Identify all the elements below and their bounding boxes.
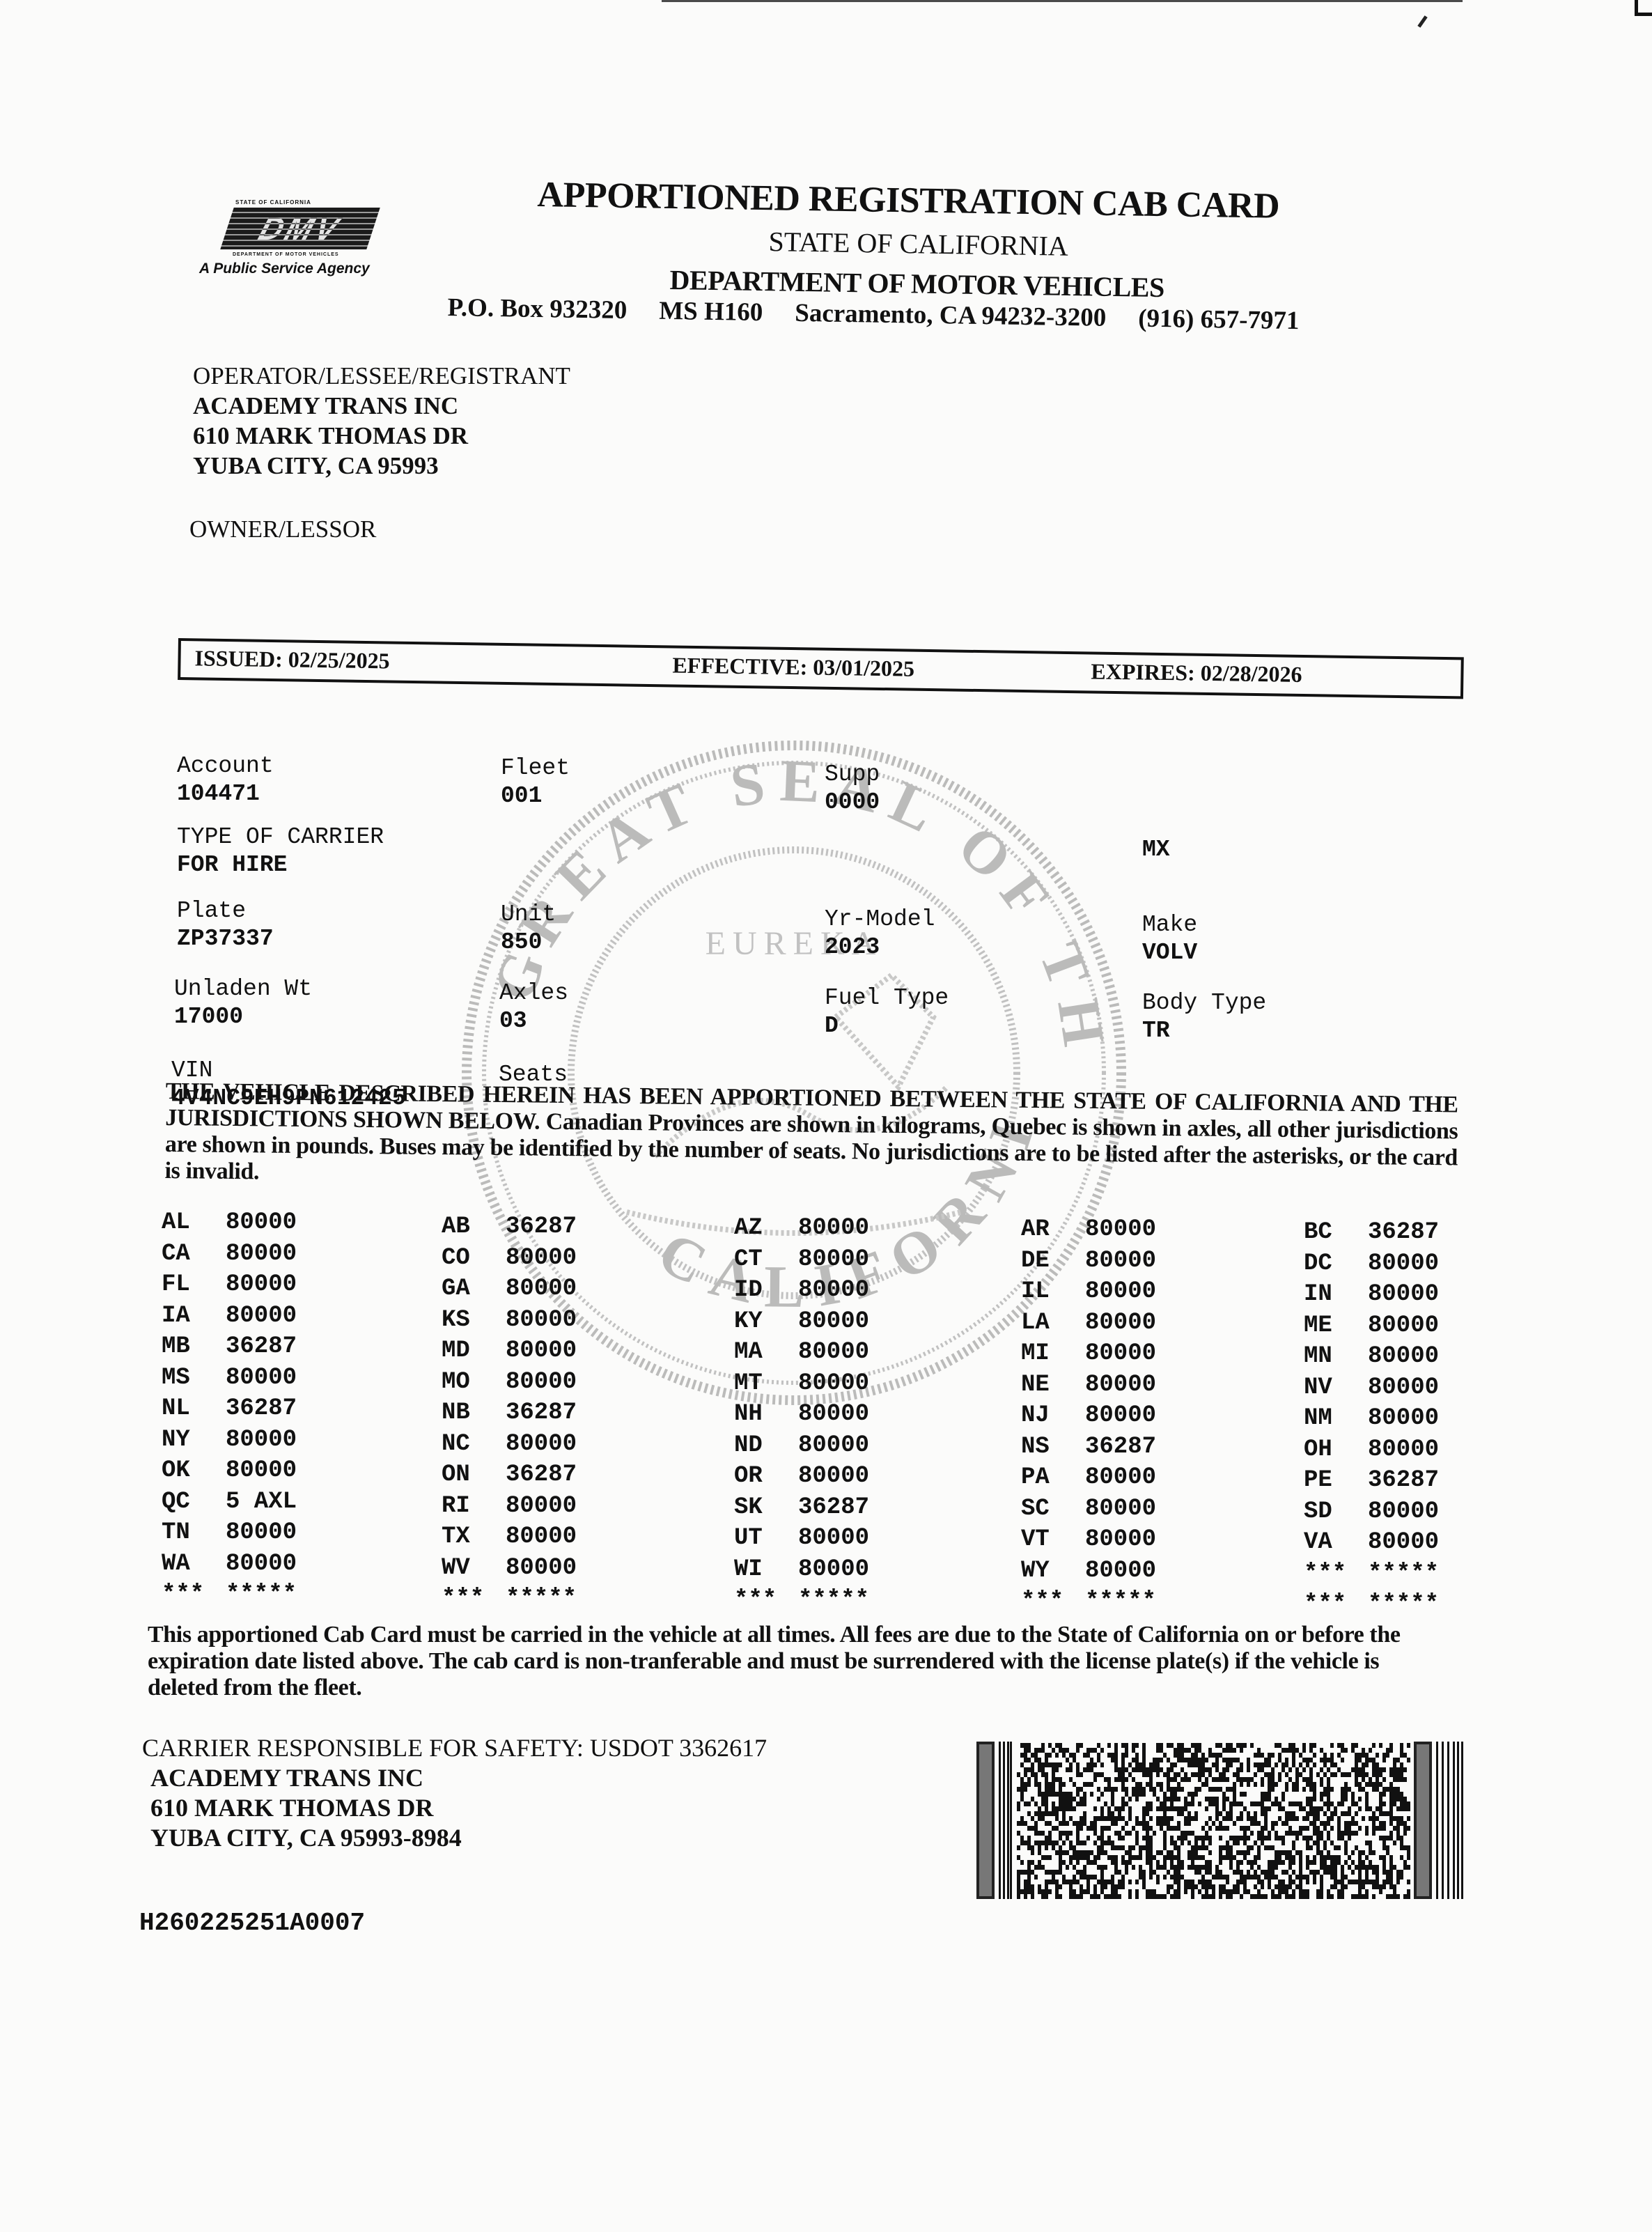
jurisdiction-code: GA [442, 1276, 506, 1307]
safety-carrier-block: CARRIER RESPONSIBLE FOR SAFETY: USDOT 33… [142, 1733, 767, 1853]
jurisdiction-row: LA80000 [1021, 1310, 1190, 1341]
jurisdiction-row: NS36287 [1021, 1434, 1190, 1465]
jurisdiction-code: KS [442, 1307, 506, 1338]
fuel-type-field: Fuel TypeD [825, 929, 949, 1096]
jurisdiction-row: BC36287 [1304, 1219, 1472, 1250]
jurisdiction-weight: 80000 [798, 1339, 903, 1370]
jurisdiction-code: VA [1304, 1529, 1368, 1560]
jurisdiction-code: TN [162, 1519, 226, 1551]
jurisdiction-row: NC80000 [442, 1431, 610, 1462]
jurisdiction-row: OH80000 [1304, 1436, 1472, 1468]
jurisdiction-column: AR80000DE80000IL80000LA80000MI80000NE800… [1021, 1216, 1190, 1620]
jurisdiction-weight: 80000 [798, 1525, 903, 1556]
jurisdiction-weight: 80000 [798, 1277, 903, 1308]
jurisdiction-code: ND [734, 1432, 798, 1464]
jurisdiction-code: *** [1304, 1591, 1368, 1622]
body-type-field: Body TypeTR [1142, 933, 1266, 1101]
jurisdiction-row: KY80000 [734, 1308, 903, 1340]
jurisdiction-code: IL [1021, 1278, 1085, 1310]
jurisdiction-code: LA [1021, 1310, 1085, 1341]
jurisdiction-row: TX80000 [442, 1524, 610, 1555]
jurisdiction-weight: 80000 [506, 1431, 610, 1462]
department-address: P.O. Box 932320 MS H160 Sacramento, CA 9… [447, 293, 1299, 336]
jurisdiction-weight: 80000 [1368, 1405, 1472, 1436]
jurisdiction-row: ******** [1304, 1591, 1472, 1622]
jurisdiction-weight: 36287 [506, 1462, 610, 1493]
jurisdiction-weight: 80000 [506, 1245, 610, 1276]
jurisdiction-weight: 36287 [226, 1395, 330, 1427]
jurisdiction-weight: 36287 [1368, 1219, 1472, 1250]
jurisdiction-weight: 80000 [798, 1556, 903, 1588]
jurisdiction-code: PE [1304, 1467, 1368, 1498]
jurisdiction-row: WY80000 [1021, 1558, 1190, 1589]
jurisdiction-row: ******** [1304, 1560, 1472, 1592]
jurisdiction-row: NY80000 [162, 1427, 330, 1458]
jurisdiction-row: WI80000 [734, 1556, 903, 1588]
jurisdiction-row: PA80000 [1021, 1464, 1190, 1496]
jurisdiction-row: AR80000 [1021, 1216, 1190, 1248]
jurisdiction-weight: 80000 [1085, 1402, 1190, 1434]
jurisdiction-row: QC5 AXL [162, 1489, 330, 1520]
jurisdiction-weight: 80000 [506, 1369, 610, 1400]
jurisdiction-row: NE80000 [1021, 1372, 1190, 1403]
jurisdiction-weight: 80000 [798, 1246, 903, 1278]
owner-label: OWNER/LESSOR [189, 516, 376, 543]
mail-stop: MS H160 [659, 296, 763, 327]
jurisdiction-code: ON [442, 1462, 506, 1493]
jurisdiction-row: ******** [442, 1586, 610, 1617]
jurisdiction-row: OR80000 [734, 1463, 903, 1494]
jurisdiction-code: AZ [734, 1215, 798, 1246]
jurisdiction-code: DE [1021, 1248, 1085, 1279]
jurisdiction-code: PA [1021, 1464, 1085, 1496]
jurisdiction-code: NE [1021, 1372, 1085, 1403]
jurisdiction-code: MS [162, 1365, 226, 1396]
jurisdiction-weight: 80000 [798, 1463, 903, 1494]
jurisdiction-column: AB36287CO80000GA80000KS80000MD80000MO800… [442, 1214, 610, 1617]
jurisdiction-weight: ***** [506, 1586, 610, 1617]
logo-tagline: A Public Service Agency [199, 261, 370, 277]
issued-date: ISSUED: 02/25/2025 [194, 645, 390, 674]
apportionment-notice: THE VEHICLE DESCRIBED HEREIN HAS BEEN AP… [164, 1078, 1458, 1198]
expires-date: EXPIRES: 02/28/2026 [1091, 658, 1302, 687]
jurisdiction-row: ON36287 [442, 1462, 610, 1493]
dmv-logo-icon: DMV [220, 208, 380, 249]
jurisdiction-row: KS80000 [442, 1307, 610, 1338]
jurisdiction-code: IA [162, 1303, 226, 1334]
jurisdiction-row: NV80000 [1304, 1374, 1472, 1406]
jurisdiction-weight: 80000 [506, 1524, 610, 1555]
jurisdiction-row: SK36287 [734, 1494, 903, 1526]
jurisdiction-weight: ***** [226, 1581, 330, 1613]
jurisdiction-code: NM [1304, 1405, 1368, 1436]
po-box: P.O. Box 932320 [447, 293, 627, 325]
jurisdiction-code: NJ [1021, 1402, 1085, 1434]
jurisdiction-code: MD [442, 1338, 506, 1369]
control-number: H260225251A0007 [139, 1909, 365, 1937]
jurisdiction-row: ME80000 [1304, 1312, 1472, 1344]
dmv-logo: STATE OF CALIFORNIA DMV DEPARTMENT OF MO… [199, 198, 401, 281]
jurisdiction-weight: 80000 [226, 1457, 330, 1489]
safety-carrier-label: CARRIER RESPONSIBLE FOR SAFETY: USDOT 33… [142, 1733, 767, 1763]
jurisdiction-code: *** [1304, 1560, 1368, 1592]
jurisdiction-weight: 80000 [1368, 1312, 1472, 1344]
jurisdiction-code: NH [734, 1401, 798, 1432]
jurisdiction-code: NS [1021, 1434, 1085, 1465]
jurisdiction-row: ******** [1021, 1588, 1190, 1620]
jurisdiction-code: WA [162, 1551, 226, 1582]
jurisdiction-row: MT80000 [734, 1370, 903, 1402]
jurisdiction-row: WA80000 [162, 1551, 330, 1582]
jurisdiction-row: CO80000 [442, 1245, 610, 1276]
jurisdiction-weight: 80000 [506, 1338, 610, 1369]
jurisdiction-column: AZ80000CT80000ID80000KY80000MA80000MT800… [734, 1215, 903, 1618]
jurisdiction-row: ID80000 [734, 1277, 903, 1308]
jurisdiction-column: BC36287DC80000IN80000ME80000MN80000NV800… [1304, 1219, 1472, 1622]
jurisdiction-weight: ***** [1368, 1591, 1472, 1622]
jurisdiction-code: MA [734, 1339, 798, 1370]
jurisdiction-row: ******** [162, 1581, 330, 1613]
jurisdiction-code: MB [162, 1333, 226, 1365]
registration-dates-box: ISSUED: 02/25/2025 EFFECTIVE: 03/01/2025… [178, 638, 1464, 699]
jurisdiction-weight: 80000 [226, 1241, 330, 1272]
document-title: APPORTIONED REGISTRATION CAB CARD [537, 174, 1279, 227]
jurisdiction-row: FL80000 [162, 1271, 330, 1303]
jurisdiction-row: MI80000 [1021, 1340, 1190, 1372]
jurisdiction-weight: 5 AXL [226, 1489, 330, 1520]
operator-block: OPERATOR/LESSEE/REGISTRANT ACADEMY TRANS… [193, 361, 570, 481]
jurisdiction-weight: ***** [1085, 1588, 1190, 1620]
jurisdiction-weight: 80000 [798, 1370, 903, 1402]
jurisdiction-weight: 80000 [1085, 1526, 1190, 1558]
jurisdiction-code: KY [734, 1308, 798, 1340]
jurisdiction-code: NL [162, 1395, 226, 1427]
scan-corner-mark [1635, 0, 1652, 16]
jurisdiction-row: TN80000 [162, 1519, 330, 1551]
jurisdiction-code: TX [442, 1524, 506, 1555]
jurisdiction-code: MO [442, 1369, 506, 1400]
safety-carrier-street: 610 MARK THOMAS DR [142, 1793, 767, 1823]
jurisdiction-weight: 80000 [1368, 1436, 1472, 1468]
pdf417-barcode [976, 1742, 1464, 1899]
jurisdiction-row: ND80000 [734, 1432, 903, 1464]
jurisdiction-row: NJ80000 [1021, 1402, 1190, 1434]
jurisdiction-code: NB [442, 1400, 506, 1431]
jurisdiction-code: IN [1304, 1281, 1368, 1312]
jurisdiction-weight: 80000 [226, 1551, 330, 1582]
jurisdiction-row: ******** [734, 1587, 903, 1618]
jurisdiction-code: CA [162, 1241, 226, 1272]
jurisdiction-weight: 80000 [226, 1271, 330, 1303]
jurisdiction-code: BC [1304, 1219, 1368, 1250]
jurisdiction-weight: 80000 [798, 1432, 903, 1464]
jurisdiction-row: VA80000 [1304, 1529, 1472, 1560]
jurisdiction-code: RI [442, 1493, 506, 1524]
jurisdiction-weight: 80000 [1085, 1464, 1190, 1496]
jurisdiction-row: MB36287 [162, 1333, 330, 1365]
jurisdiction-code: NC [442, 1431, 506, 1462]
jurisdiction-row: MO80000 [442, 1369, 610, 1400]
jurisdiction-weight: 80000 [1085, 1372, 1190, 1403]
jurisdiction-row: NM80000 [1304, 1405, 1472, 1436]
jurisdiction-row: UT80000 [734, 1525, 903, 1556]
jurisdiction-row: IN80000 [1304, 1281, 1472, 1312]
fleet-field: Fleet001 [501, 699, 570, 866]
jurisdiction-code: *** [442, 1586, 506, 1617]
operator-label: OPERATOR/LESSEE/REGISTRANT [193, 361, 570, 391]
jurisdiction-weight: 80000 [1085, 1278, 1190, 1310]
jurisdiction-row: DE80000 [1021, 1248, 1190, 1279]
jurisdiction-weight: 80000 [1368, 1374, 1472, 1406]
jurisdiction-row: DC80000 [1304, 1250, 1472, 1282]
jurisdiction-weight: ***** [1368, 1560, 1472, 1592]
jurisdiction-weight: 36287 [506, 1214, 610, 1245]
jurisdiction-weight: 80000 [1085, 1310, 1190, 1341]
jurisdiction-weight: 80000 [506, 1307, 610, 1338]
jurisdiction-code: NV [1304, 1374, 1368, 1406]
jurisdiction-weight: ***** [798, 1587, 903, 1618]
jurisdiction-row: AL80000 [162, 1209, 330, 1241]
jurisdiction-code: ID [734, 1277, 798, 1308]
jurisdiction-weight: 80000 [226, 1365, 330, 1396]
jurisdiction-row: NH80000 [734, 1401, 903, 1432]
logo-top-text: STATE OF CALIFORNIA [235, 199, 311, 206]
jurisdiction-code: QC [162, 1489, 226, 1520]
jurisdiction-weight: 80000 [1368, 1498, 1472, 1530]
jurisdiction-code: NY [162, 1427, 226, 1458]
jurisdiction-code: ME [1304, 1312, 1368, 1344]
jurisdiction-code: AL [162, 1209, 226, 1241]
jurisdiction-code: UT [734, 1525, 798, 1556]
jurisdiction-code: WY [1021, 1558, 1085, 1589]
phone: (916) 657-7971 [1138, 304, 1300, 336]
jurisdiction-code: MT [734, 1370, 798, 1402]
jurisdiction-code: CO [442, 1245, 506, 1276]
jurisdiction-row: MS80000 [162, 1365, 330, 1396]
jurisdiction-row: SD80000 [1304, 1498, 1472, 1530]
jurisdiction-row: AB36287 [442, 1214, 610, 1245]
jurisdiction-weight: 80000 [1085, 1340, 1190, 1372]
jurisdiction-row: CT80000 [734, 1246, 903, 1278]
jurisdiction-row: NL36287 [162, 1395, 330, 1427]
supp-field: Supp0000 [825, 705, 880, 872]
jurisdiction-row: GA80000 [442, 1276, 610, 1307]
jurisdiction-row: AZ80000 [734, 1215, 903, 1246]
jurisdiction-weight: 80000 [798, 1401, 903, 1432]
jurisdiction-weight: 80000 [1085, 1496, 1190, 1527]
jurisdiction-weight: 80000 [226, 1209, 330, 1241]
jurisdiction-row: VT80000 [1021, 1526, 1190, 1558]
scan-mark [1417, 15, 1427, 28]
jurisdiction-row: OK80000 [162, 1457, 330, 1489]
jurisdiction-code: *** [1021, 1588, 1085, 1620]
jurisdiction-weight: 80000 [1085, 1216, 1190, 1248]
jurisdiction-code: SC [1021, 1496, 1085, 1527]
jurisdiction-weight: 36287 [798, 1494, 903, 1526]
jurisdiction-row: MN80000 [1304, 1343, 1472, 1374]
jurisdiction-code: MN [1304, 1343, 1368, 1374]
jurisdiction-row: PE36287 [1304, 1467, 1472, 1498]
jurisdiction-weight: 80000 [798, 1215, 903, 1246]
jurisdiction-weight: 80000 [1368, 1529, 1472, 1560]
jurisdiction-row: MA80000 [734, 1339, 903, 1370]
jurisdiction-weight: 36287 [1368, 1467, 1472, 1498]
jurisdiction-weight: 80000 [798, 1308, 903, 1340]
jurisdiction-row: WV80000 [442, 1555, 610, 1586]
jurisdiction-weight: 80000 [1085, 1558, 1190, 1589]
jurisdiction-weight: 80000 [226, 1427, 330, 1458]
jurisdiction-column: AL80000CA80000FL80000IA80000MB36287MS800… [162, 1209, 330, 1613]
jurisdiction-code: OR [734, 1463, 798, 1494]
state-name: STATE OF CALIFORNIA [768, 225, 1068, 263]
jurisdiction-weight: 80000 [226, 1303, 330, 1334]
jurisdiction-code: OH [1304, 1436, 1368, 1468]
jurisdiction-code: *** [162, 1581, 226, 1613]
effective-date: EFFECTIVE: 03/01/2025 [672, 653, 914, 682]
jurisdiction-code: AR [1021, 1216, 1085, 1248]
jurisdiction-row: RI80000 [442, 1493, 610, 1524]
jurisdiction-row: MD80000 [442, 1338, 610, 1369]
jurisdiction-code: VT [1021, 1526, 1085, 1558]
scan-edge-line [662, 0, 1463, 2]
city-zip: Sacramento, CA 94232-3200 [795, 298, 1107, 333]
jurisdiction-code: SD [1304, 1498, 1368, 1530]
jurisdiction-weight: 80000 [1368, 1281, 1472, 1312]
safety-carrier-name: ACADEMY TRANS INC [142, 1763, 767, 1793]
jurisdiction-weight: 80000 [1368, 1343, 1472, 1374]
jurisdiction-weight: 80000 [506, 1276, 610, 1307]
jurisdiction-row: IL80000 [1021, 1278, 1190, 1310]
cab-card-instructions: This apportioned Cab Card must be carrie… [148, 1622, 1454, 1701]
jurisdiction-weight: 80000 [1368, 1250, 1472, 1282]
operator-city: YUBA CITY, CA 95993 [193, 451, 570, 481]
jurisdiction-code: CT [734, 1246, 798, 1278]
operator-name: ACADEMY TRANS INC [193, 391, 570, 421]
jurisdiction-code: SK [734, 1494, 798, 1526]
logo-bottom-text: DEPARTMENT OF MOTOR VEHICLES [233, 252, 339, 257]
jurisdiction-code: *** [734, 1587, 798, 1618]
jurisdiction-weight: 36287 [226, 1333, 330, 1365]
jurisdiction-row: NB36287 [442, 1400, 610, 1431]
jurisdiction-weight: 80000 [506, 1555, 610, 1586]
safety-carrier-city: YUBA CITY, CA 95993-8984 [142, 1823, 767, 1853]
jurisdiction-code: MI [1021, 1340, 1085, 1372]
jurisdiction-weight: 80000 [1085, 1248, 1190, 1279]
operator-street: 610 MARK THOMAS DR [193, 421, 570, 451]
jurisdiction-code: DC [1304, 1250, 1368, 1282]
jurisdiction-weight: 80000 [226, 1519, 330, 1551]
jurisdiction-row: SC80000 [1021, 1496, 1190, 1527]
jurisdiction-row: IA80000 [162, 1303, 330, 1334]
jurisdiction-weight: 36287 [506, 1400, 610, 1431]
jurisdiction-code: AB [442, 1214, 506, 1245]
jurisdiction-code: WI [734, 1556, 798, 1588]
jurisdiction-code: WV [442, 1555, 506, 1586]
jurisdiction-code: OK [162, 1457, 226, 1489]
jurisdiction-row: CA80000 [162, 1241, 330, 1272]
jurisdiction-weight: 80000 [506, 1493, 610, 1524]
jurisdiction-weight: 36287 [1085, 1434, 1190, 1465]
jurisdiction-code: FL [162, 1271, 226, 1303]
